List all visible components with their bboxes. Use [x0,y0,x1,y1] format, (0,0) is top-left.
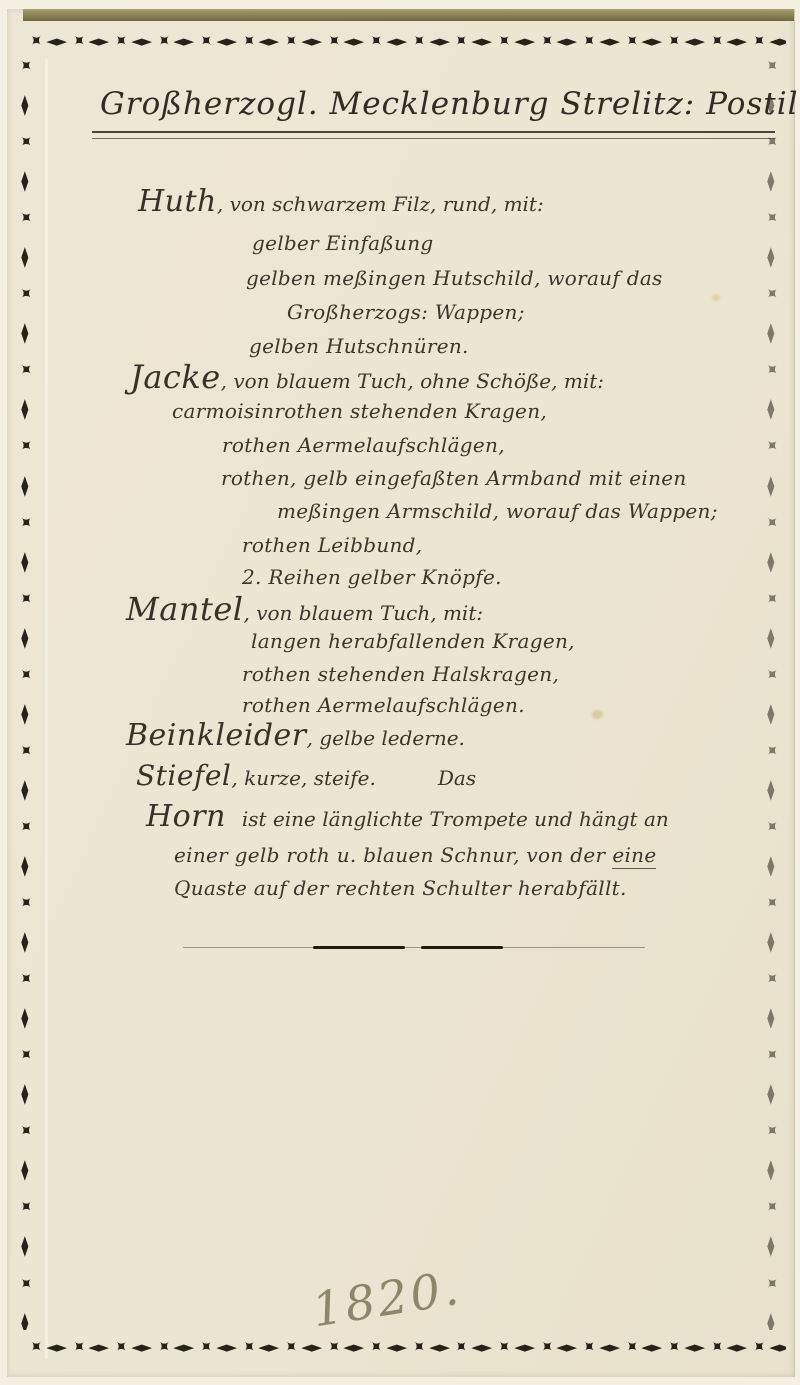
divider-thin-line [183,947,645,948]
entry-intro: , kurze, steife. [231,766,376,790]
detail-line: rothen, gelb eingefaßten Armband mit ein… [221,466,687,490]
entry-mantel-line: Mantel, von blauem Tuch, mit: [126,590,483,628]
detail-line: einer gelb roth u. blauen Schnur, von de… [174,843,656,867]
detail-line: rothen stehenden Halskragen, [242,662,559,686]
detail-text: einer gelb roth u. blauen Schnur, von de… [174,843,605,867]
stain-mark [712,294,720,301]
ornamental-border-right-icon: ✦◆✦◆✦◆✦◆✦◆✦◆✦◆✦◆✦◆✦◆✦◆✦◆✦◆✦◆✦◆✦◆✦◆ [755,58,787,1330]
entry-trailing-word: Das [438,766,476,790]
page-fold-highlight [45,59,48,1359]
detail-line: gelben Hutschnüren. [249,334,469,358]
detail-line: Quaste auf der rechten Schulter herabfäl… [174,876,627,900]
underlined-word: eine [612,843,656,869]
divider-thick-segment [421,946,503,949]
detail-line: meßingen Armschild, worauf das Wappen; [277,499,718,523]
entry-term: Huth [138,184,217,219]
entry-beinkleider-line: Beinkleider, gelbe lederne. [126,718,465,753]
stain-mark [592,710,603,719]
entry-intro: , gelbe lederne. [307,726,465,750]
entry-term: Jacke [130,358,221,396]
entry-term: Horn [146,799,226,834]
detail-line: rothen Leibbund, [242,533,422,557]
entry-intro: , von blauem Tuch, mit: [243,601,483,625]
entry-horn-line: Hornist eine länglichte Trompete und hän… [146,799,669,834]
detail-line: Großherzogs: Wappen; [287,300,525,324]
detail-line: gelber Einfaßung [252,231,434,255]
detail-line: rothen Aermelaufschlägen. [242,693,525,717]
entry-term: Stiefel [136,759,231,792]
detail-line: 2. Reihen gelber Knöpfe. [242,565,502,589]
divider-rule [183,946,645,950]
detail-line: langen herabfallenden Kragen, [251,629,575,653]
entry-stiefel-line: Stiefel, kurze, steife.Das [136,759,476,792]
divider-thick-segment [313,946,405,949]
page-title: Großherzogl. Mecklenburg Strelitz: Posti… [100,86,800,122]
title-underline [92,131,775,139]
entry-intro: , von blauem Tuch, ohne Schöße, mit: [221,369,604,393]
detail-line: gelben meßingen Hutschild, worauf das [246,266,663,290]
entry-jacke-line: Jacke, von blauem Tuch, ohne Schöße, mit… [130,358,604,396]
ornamental-border-left-icon: ✦◆✦◆✦◆✦◆✦◆✦◆✦◆✦◆✦◆✦◆✦◆✦◆✦◆✦◆✦◆✦◆✦◆ [9,58,41,1330]
ornamental-border-top-icon: ✦◆✦◆✦◆✦◆✦◆✦◆✦◆✦◆✦◆✦◆✦◆✦◆✦◆✦◆✦◆✦◆✦◆✦◆ [28,24,786,58]
entry-intro: , von schwarzem Filz, rund, mit: [217,192,544,216]
detail-line: rothen Aermelaufschlägen, [222,433,505,457]
page-edge-strip [23,9,794,21]
ornamental-border-bottom-icon: ✦◆✦◆✦◆✦◆✦◆✦◆✦◆✦◆✦◆✦◆✦◆✦◆✦◆✦◆✦◆✦◆✦◆✦◆ [28,1330,786,1364]
entry-term: Beinkleider [126,718,307,753]
detail-line: carmoisinrothen stehenden Kragen, [172,399,547,423]
entry-term: Mantel [126,590,243,628]
entry-huth-line: Huth, von schwarzem Filz, rund, mit: [138,184,544,219]
entry-intro: ist eine länglichte Trompete und hängt a… [242,807,669,831]
